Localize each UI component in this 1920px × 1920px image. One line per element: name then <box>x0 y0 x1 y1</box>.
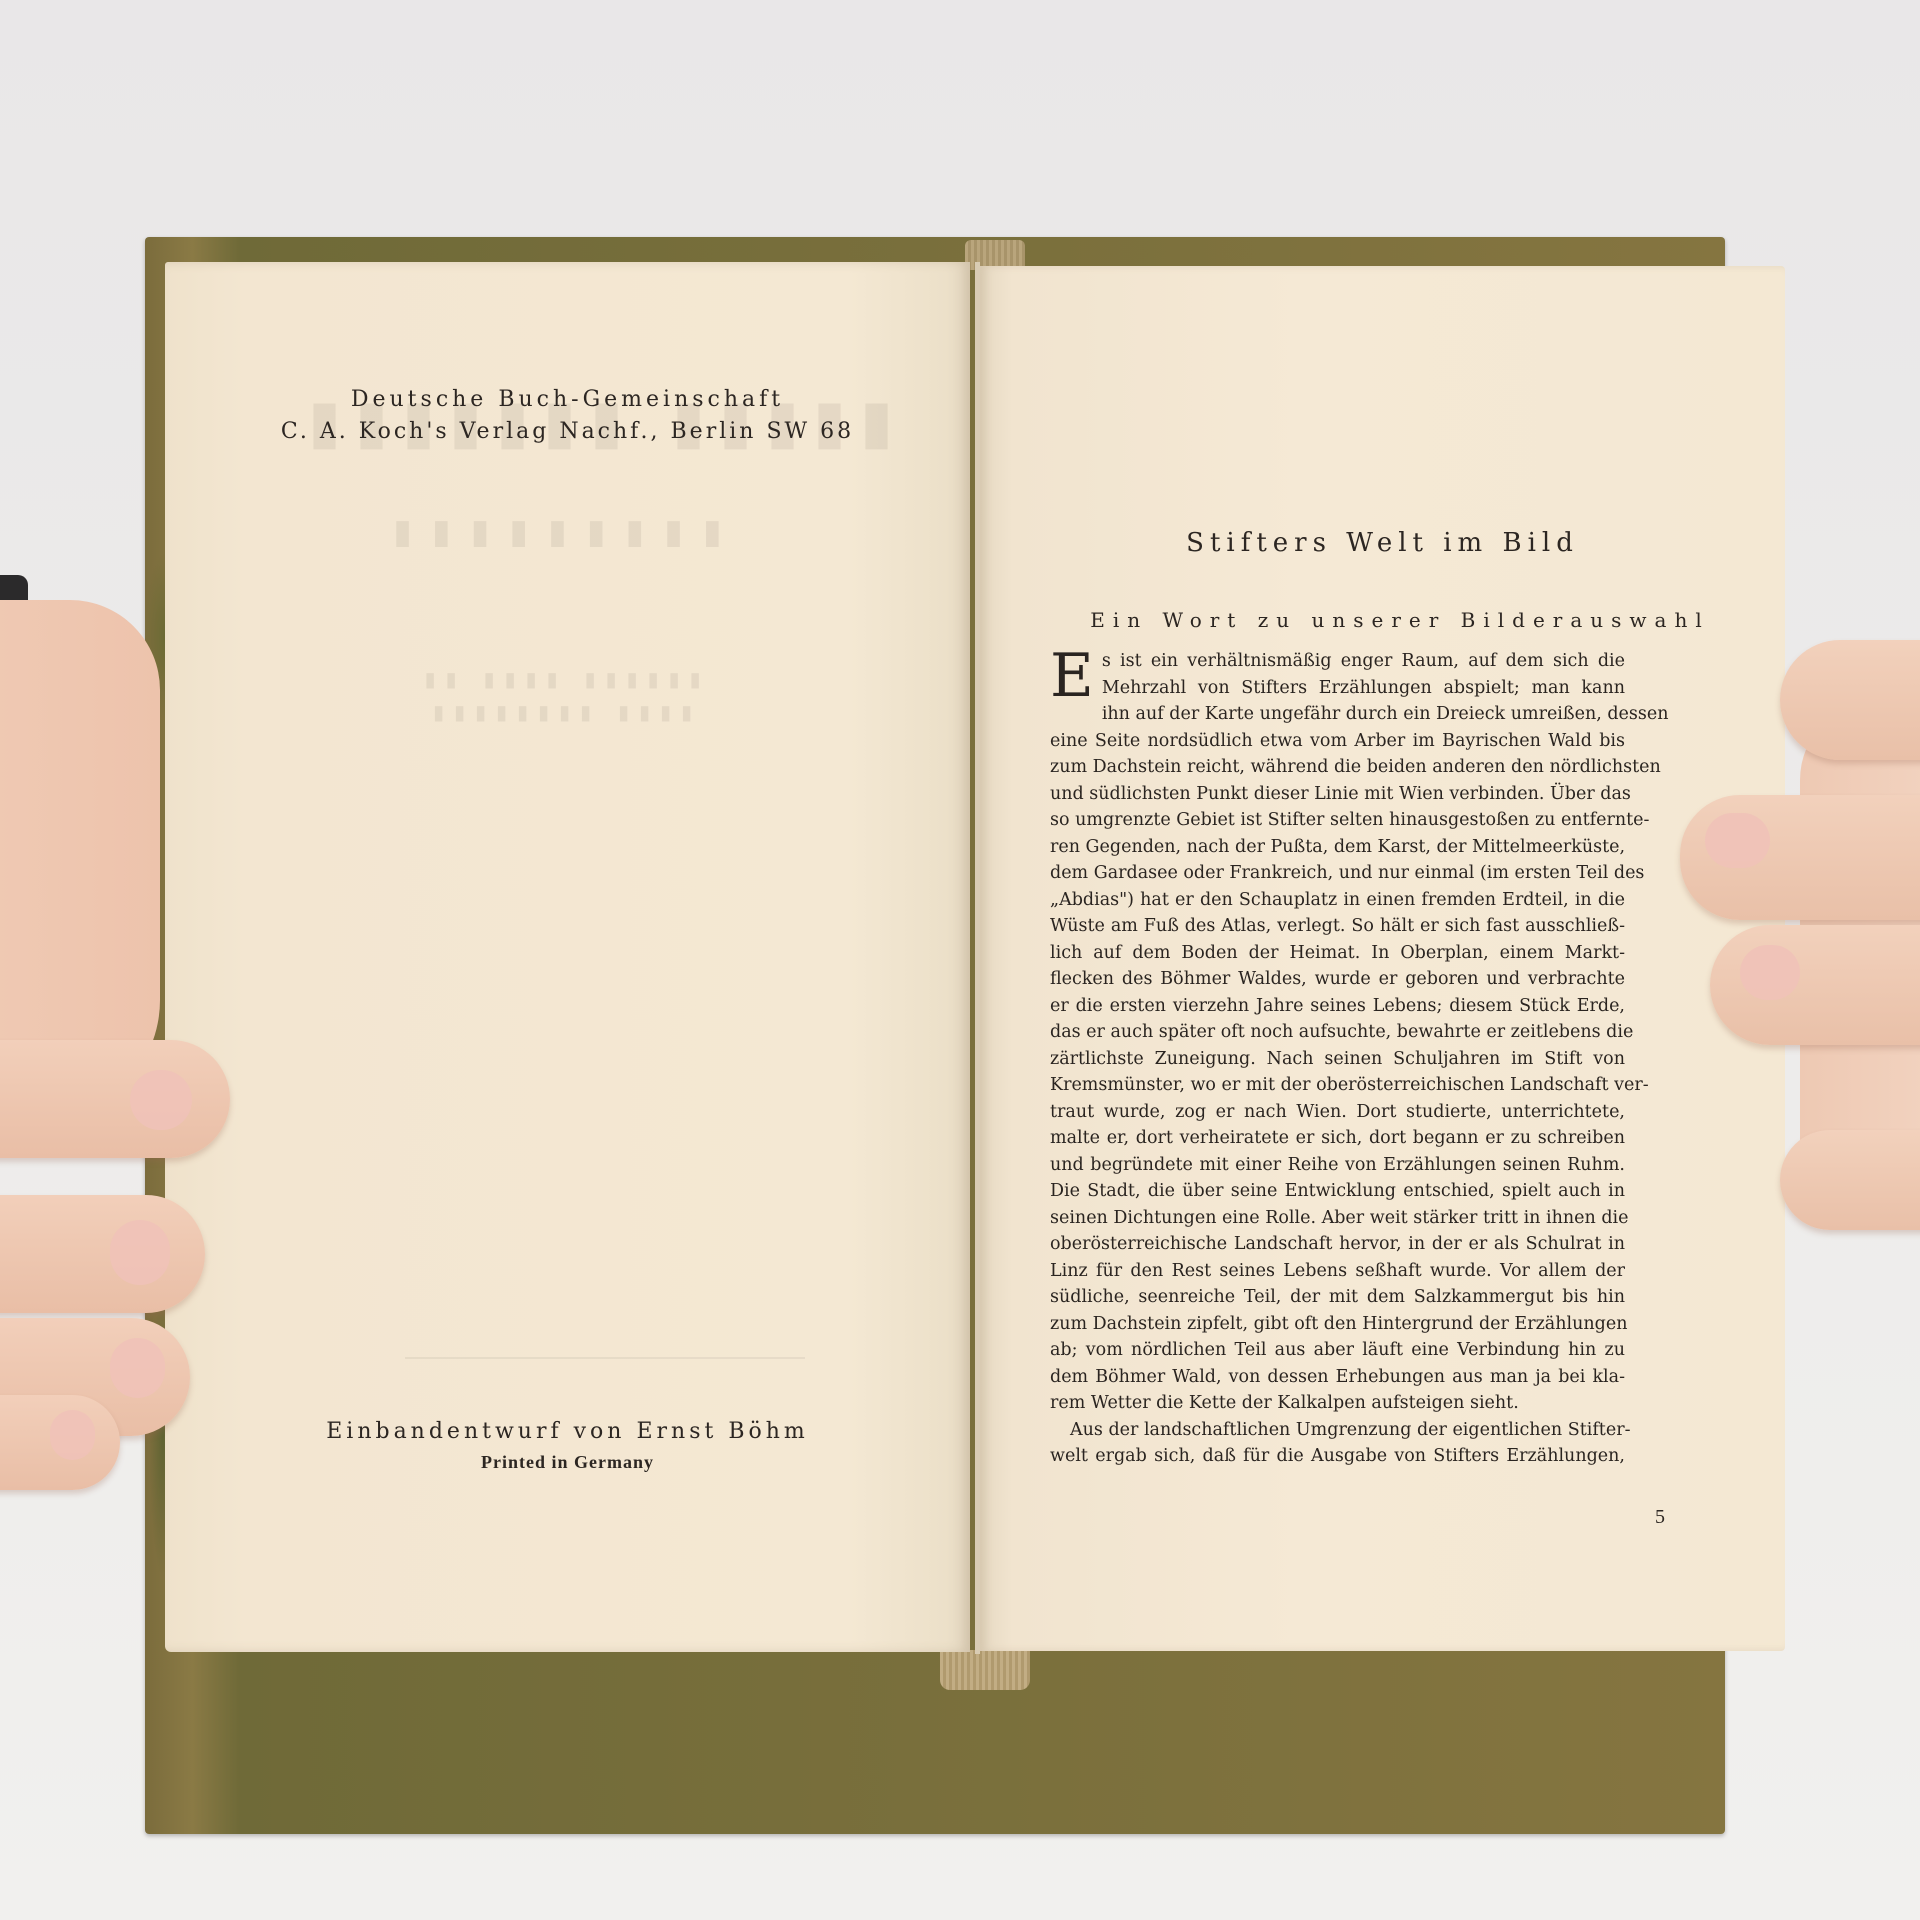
right-page: Stifters Welt im Bild Ein Wort zu unsere… <box>980 266 1785 1651</box>
show-through-rule <box>405 1357 805 1359</box>
show-through-line: ▮▮▮▮▮▮▮▮ ▮▮▮▮ <box>165 700 970 724</box>
text-line: ren Gegenden, nach der Pußta, dem Karst,… <box>1050 834 1625 861</box>
right-hand-finger <box>1710 925 1920 1045</box>
paragraph-2: Aus der landschaftlichen Umgrenzung der … <box>1050 1417 1625 1470</box>
text-line: dem Gardasee oder Frankreich, und nur ei… <box>1050 860 1625 887</box>
text-line: seinen Dichtungen eine Rolle. Aber weit … <box>1050 1205 1625 1232</box>
text-line: eine Seite nordsüdlich etwa vom Arber im… <box>1050 728 1625 755</box>
fingernail <box>110 1338 165 1398</box>
publisher-address: C. A. Koch's Verlag Nachf., Berlin SW 68 <box>165 419 970 444</box>
drop-cap: E <box>1050 650 1094 702</box>
text-line: lich auf dem Boden der Heimat. In Oberpl… <box>1050 940 1625 967</box>
chapter-subtitle: Ein Wort zu unserer Bilderauswahl <box>1040 608 1760 632</box>
right-hand-finger <box>1780 640 1920 760</box>
fingernail <box>1705 813 1770 868</box>
fingernail <box>110 1220 170 1285</box>
right-hand-thumb <box>1680 795 1920 920</box>
printed-in-note: Printed in Germany <box>165 1452 970 1473</box>
text-line: flecken des Böhmer Waldes, wurde er gebo… <box>1050 966 1625 993</box>
text-line: traut wurde, zog er nach Wien. Dort stud… <box>1050 1099 1625 1126</box>
text-line: und begründete mit einer Reihe von Erzäh… <box>1050 1152 1625 1179</box>
fingernail <box>130 1070 192 1130</box>
text-line: Die Stadt, die über seine Entwicklung en… <box>1050 1178 1625 1205</box>
text-line: Aus der landschaftlichen Umgrenzung der … <box>1050 1417 1625 1444</box>
page-number: 5 <box>1655 1506 1665 1529</box>
text-line: das er auch später oft noch aufsuchte, b… <box>1050 1019 1625 1046</box>
text-line: ihn auf der Karte ungefähr durch ein Dre… <box>1050 701 1625 728</box>
text-line: s ist ein verhältnismäßig enger Raum, au… <box>1050 648 1625 675</box>
fingernail <box>1740 945 1800 1000</box>
left-hand-finger <box>0 1040 230 1158</box>
text-line: südliche, seenreiche Teil, der mit dem S… <box>1050 1284 1625 1311</box>
cover-design-credit: Einbandentwurf von Ernst Böhm <box>165 1419 970 1444</box>
publisher-name: Deutsche Buch-Gemeinschaft <box>165 387 970 412</box>
left-hand-finger <box>0 1195 205 1313</box>
text-line: zärtlichste Zuneigung. Nach seinen Schul… <box>1050 1046 1625 1073</box>
text-line: so umgrenzte Gebiet ist Stifter selten h… <box>1050 807 1625 834</box>
right-hand-finger <box>1780 1130 1920 1230</box>
text-line: rem Wetter die Kette der Kalkalpen aufst… <box>1050 1390 1625 1417</box>
chapter-title: Stifters Welt im Bild <box>980 528 1785 558</box>
spine-cloth-bottom <box>940 1650 1030 1690</box>
text-line: ab; vom nördlichen Teil aus aber läuft e… <box>1050 1337 1625 1364</box>
text-line: zum Dachstein reicht, während die beiden… <box>1050 754 1625 781</box>
text-line: zum Dachstein zipfelt, gibt oft den Hint… <box>1050 1311 1625 1338</box>
text-line: Linz für den Rest seines Lebens seßhaft … <box>1050 1258 1625 1285</box>
text-line: welt ergab sich, daß für die Ausgabe von… <box>1050 1443 1625 1470</box>
show-through-line: ▮▮ ▮▮▮▮ ▮▮▮▮▮▮ <box>165 667 970 691</box>
text-line: und südlichsten Punkt dieser Linie mit W… <box>1050 781 1625 808</box>
fingernail <box>50 1410 95 1460</box>
paragraph-1: E s ist ein verhältnismäßig enger Raum, … <box>1050 648 1625 1417</box>
text-line: dem Böhmer Wald, von dessen Erhebungen a… <box>1050 1364 1625 1391</box>
left-hand-finger <box>0 1395 120 1490</box>
text-line: malte er, dort verheiratete er sich, dor… <box>1050 1125 1625 1152</box>
body-text: E s ist ein verhältnismäßig enger Raum, … <box>1050 648 1625 1470</box>
text-line: er die ersten vierzehn Jahre seines Lebe… <box>1050 993 1625 1020</box>
text-line: Kremsmünster, wo er mit der oberösterrei… <box>1050 1072 1625 1099</box>
left-page: ▮▮▮▮▮▮▮ ▮▮▮▮▮ ▮▮▮▮▮▮▮▮▮ ▮▮ ▮▮▮▮ ▮▮▮▮▮▮ ▮… <box>165 262 970 1652</box>
text-line: oberösterreichische Landschaft hervor, i… <box>1050 1231 1625 1258</box>
text-line: Mehrzahl von Stifters Erzählungen abspie… <box>1050 675 1625 702</box>
book-photo-scene: ▮▮▮▮▮▮▮ ▮▮▮▮▮ ▮▮▮▮▮▮▮▮▮ ▮▮ ▮▮▮▮ ▮▮▮▮▮▮ ▮… <box>0 0 1920 1920</box>
text-line: Wüste am Fuß des Atlas, verlegt. So hält… <box>1050 913 1625 940</box>
show-through-subtitle: ▮▮▮▮▮▮▮▮▮ <box>165 512 970 552</box>
text-line: „Abdias") hat er den Schauplatz in einen… <box>1050 887 1625 914</box>
